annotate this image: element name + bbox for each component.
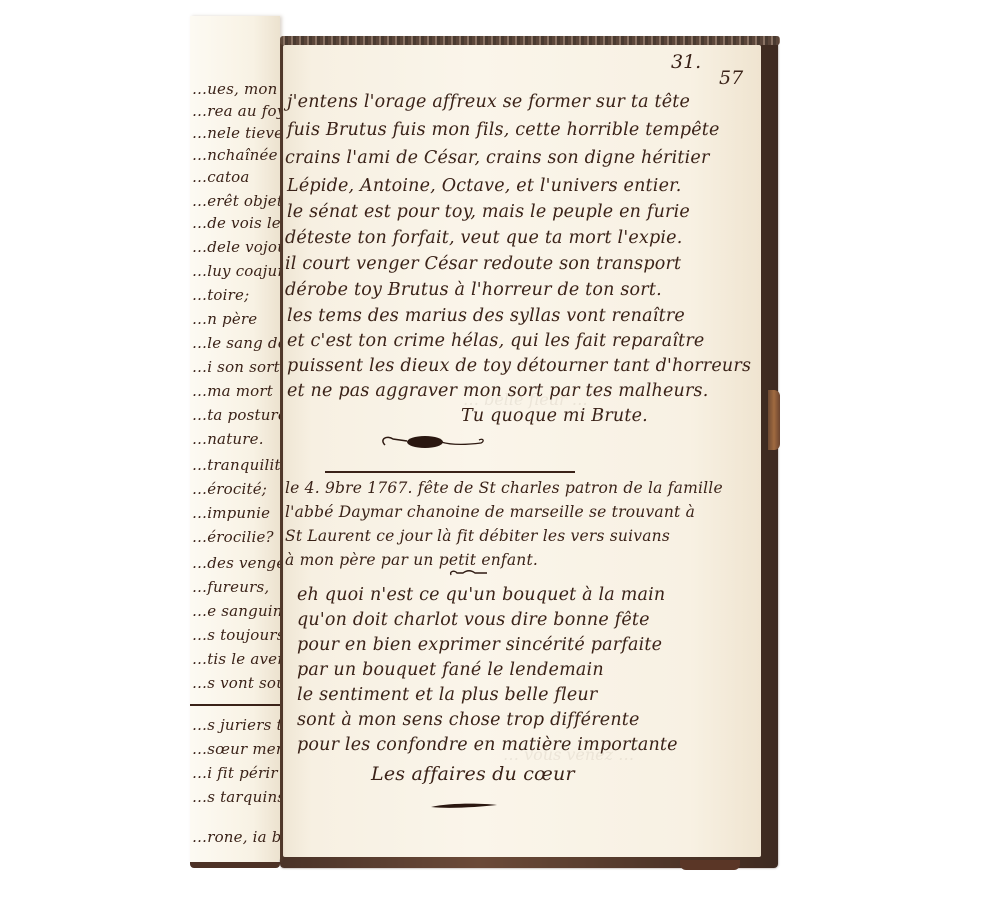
fragment-line: …le sang de ton [192, 334, 280, 352]
poem-line: dérobe toy Brutus à l'horreur de ton sor… [285, 280, 662, 300]
poem-line: puissent les dieux de toy détourner tant… [287, 356, 751, 376]
separator-rule [325, 471, 575, 473]
note-line: le 4. 9bre 1767. fête de St charles patr… [285, 479, 723, 497]
fragment-line: …tranquilité [192, 456, 280, 474]
fragment-line: …ta posture [192, 406, 280, 424]
fragment-line: …sœur merin [192, 740, 280, 758]
cover-top-edge [280, 36, 780, 45]
fragment-line: …de vois leve [192, 214, 280, 232]
fragment-line: …n père [192, 310, 257, 328]
fragment-line: …s vont souv [192, 674, 280, 692]
poem-line: déteste ton forfait, veut que ta mort l'… [285, 228, 683, 248]
fragment-line: …i son sort [192, 358, 280, 376]
poem-line: pour en bien exprimer sincérité parfaite [297, 635, 662, 655]
poem-line: le sénat est pour toy, mais le peuple en… [287, 202, 690, 222]
fragment-line: …érocité; [192, 480, 267, 498]
note-line: l'abbé Daymar chanoine de marseille se t… [285, 503, 695, 521]
folio-number-lower: 57 [719, 67, 743, 89]
separator-rule [190, 704, 280, 706]
poem-closing: Les affaires du cœur [371, 763, 575, 785]
fragment-line: …nchaînée [192, 146, 278, 164]
fragment-line: …e sanguinaire [192, 602, 280, 620]
fragment-line: …dele vojoum [192, 238, 280, 256]
fragment-line: …s juriers t [192, 716, 280, 734]
fragment-line: …ues, mon eff [192, 80, 280, 98]
poem-line: j'entens l'orage affreux se former sur t… [287, 92, 690, 112]
fragment-line: …nature. [192, 430, 264, 448]
fragment-line: …s tarquins [192, 788, 280, 806]
fragment-line: …ma mort [192, 382, 273, 400]
fragment-line: …luy coajuro [192, 262, 280, 280]
poem-line: pour les confondre en matière importante [297, 735, 678, 755]
poem-line: crains l'ami de César, crains son digne … [285, 148, 710, 168]
left-page-fragment: …ues, mon eff …rea au foy …nele tieveau … [190, 16, 280, 862]
poem-line: par un bouquet fané le lendemain [297, 660, 604, 680]
fragment-line: …fureurs, [192, 578, 269, 596]
fragment-line: …catoa [192, 168, 250, 186]
poem-line: fuis Brutus fuis mon fils, cette horribl… [287, 120, 720, 140]
note-line: St Laurent ce jour là fit débiter les ve… [285, 527, 670, 545]
small-flourish [447, 567, 493, 579]
poem-line: sont à mon sens chose trop différente [297, 710, 640, 730]
fragment-line: …des vengeurs, [192, 554, 280, 572]
fragment-line: …i fit périr [192, 764, 278, 782]
poem-line: qu'on doit charlot vous dire bonne fête [297, 610, 650, 630]
end-stroke [429, 801, 499, 811]
fragment-line: …toire; [192, 286, 249, 304]
poem-line: et ne pas aggraver mon sort par tes malh… [287, 381, 709, 401]
fragment-line: …rea au foy [192, 102, 280, 120]
fragment-line: …érocilie? [192, 528, 274, 546]
fragment-line: …erêt objetton [192, 192, 280, 210]
poem-line: le sentiment et la plus belle fleur [297, 685, 597, 705]
cover-torn-flap [768, 390, 780, 450]
ink-flourish [379, 431, 489, 453]
fragment-line: …tis le aveni [192, 650, 280, 668]
fragment-line: …rone, ia br [192, 828, 280, 846]
poem-line: et c'est ton crime hélas, qui les fait r… [287, 331, 704, 351]
fragment-line: …nele tieveau [192, 124, 280, 142]
note-line: à mon père par un petit enfant. [285, 551, 538, 569]
folio-number-upper: 31. [671, 51, 701, 73]
poem-closing: Tu quoque mi Brute. [461, 406, 648, 426]
right-page: … belle fleur … … vous venez … 31. 57 j'… [283, 45, 761, 857]
poem-line: il court venger César redoute son transp… [285, 254, 681, 274]
fragment-line: …s toujours tou [192, 626, 280, 644]
left-cover-edge [190, 862, 280, 868]
poem-line: les tems des marius des syllas vont rena… [287, 306, 685, 326]
poem-line: Lépide, Antoine, Octave, et l'univers en… [287, 176, 682, 196]
poem-line: eh quoi n'est ce qu'un bouquet à la main [297, 585, 665, 605]
fragment-line: …impunie [192, 504, 270, 522]
cover-bottom-tab [680, 860, 740, 870]
